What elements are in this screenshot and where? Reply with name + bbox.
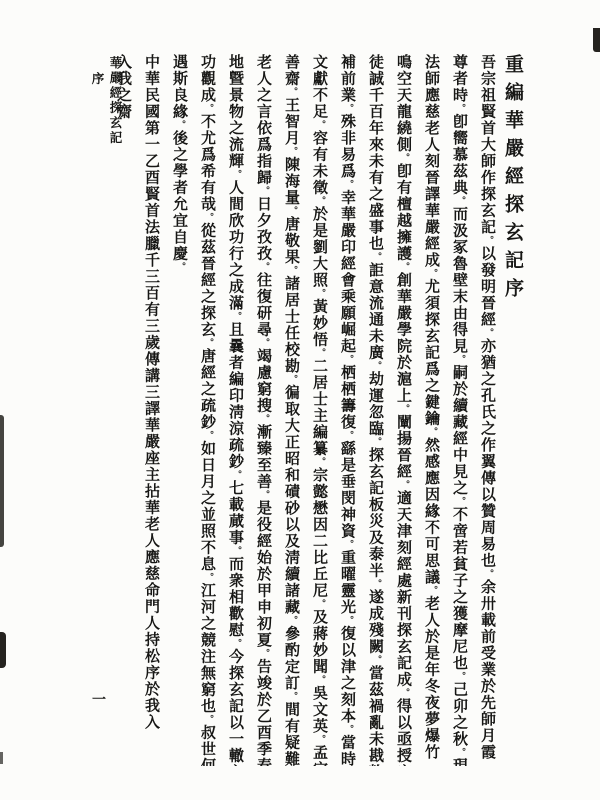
title-column: 重編華嚴經探玄記序 (499, 54, 527, 766)
scan-artifact (0, 632, 6, 668)
text-column-14: 入我之齋 (107, 54, 135, 766)
text-column-4: 鳴空天龍繞側。卽有檀越擁護。創華嚴學院於滬上。闡揚晉經。適天津刻經處新刊探玄記成… (387, 54, 415, 766)
text-column-10: 地曁景物之流輝。人間欣功行之成滿。且曩者編印淸涼疏鈔。七載蕆事。而衆相歡慰。今探… (219, 54, 247, 766)
spine: 華嚴經探玄記 序 (88, 56, 124, 146)
book-page: 重編華嚴經探玄記序 吾宗祖賢首大師作探玄記。以發明晉經。亦猶之孔氏之作翼傳以贊周… (0, 0, 600, 800)
text-column-11: 功觀成。不尤爲希有哉。從茲晉經之探玄。唐經之疏鈔。如日月之並照不息。江河之競注無… (191, 54, 219, 766)
spine-section: 序 (88, 72, 106, 146)
scan-artifact (0, 752, 3, 764)
text-column-1: 吾宗祖賢首大師作探玄記。以發明晉經。亦猶之孔氏之作翼傳以贊周易也。余卅載前受業於… (471, 54, 499, 766)
text-column-5: 徒誠千百年來未有之盛事也。詎意流通未廣。劫運忽臨。探玄記板災及泰半。遂成殘闕。當… (359, 54, 387, 766)
page-number: 一 (88, 692, 108, 706)
text-column-7: 文獻不足。容有未徵。於是劉大照。黃妙悟。二居士主編纂。宗懿懋因二比丘尼。及蔣妙聞… (303, 54, 331, 766)
text-column-8: 善齋。王智月。陳海量。唐敬果。諸居士任校勘。徧取大正昭和磧砂以及淸續諸藏。參酌定… (275, 54, 303, 766)
text-column-12: 遇斯良緣。後之學者允宜自慶。 (163, 54, 191, 766)
text-column-6: 補前業。殊非易爲。幸華嚴印經會乘願崛起。栖栖籌復。繇是垂閔神資。重曜靈光。復以津… (331, 54, 359, 766)
scan-artifact (593, 28, 600, 52)
text-column-13: 中華民國第一乙酉賢首法臘千三百有三歲傳講三譯華嚴座主拈華老人應慈命門人持松序於我… (135, 54, 163, 766)
text-column-3: 法師應慈老人刻晉譯華嚴經成。尤須探玄記爲之鍵鑰。然感應因緣不可思議。老人於是年冬… (415, 54, 443, 766)
spine-title: 華嚴經探玄記 (108, 56, 123, 146)
text-block: 重編華嚴經探玄記序 吾宗祖賢首大師作探玄記。以發明晉經。亦猶之孔氏之作翼傳以贊周… (107, 54, 527, 766)
text-column-9: 老人之言依爲指歸。日夕孜孜。往復研尋。竭慮窮搜。漸臻至善。是役經始於甲申初夏。告… (247, 54, 275, 766)
text-column-2: 尊者時。卽嚮慕茲典。而汲冢魯壁末由得見。嗣於續藏經中見之。不啻若貧子之獲摩尼也。… (443, 54, 471, 766)
scan-artifact (0, 415, 4, 547)
